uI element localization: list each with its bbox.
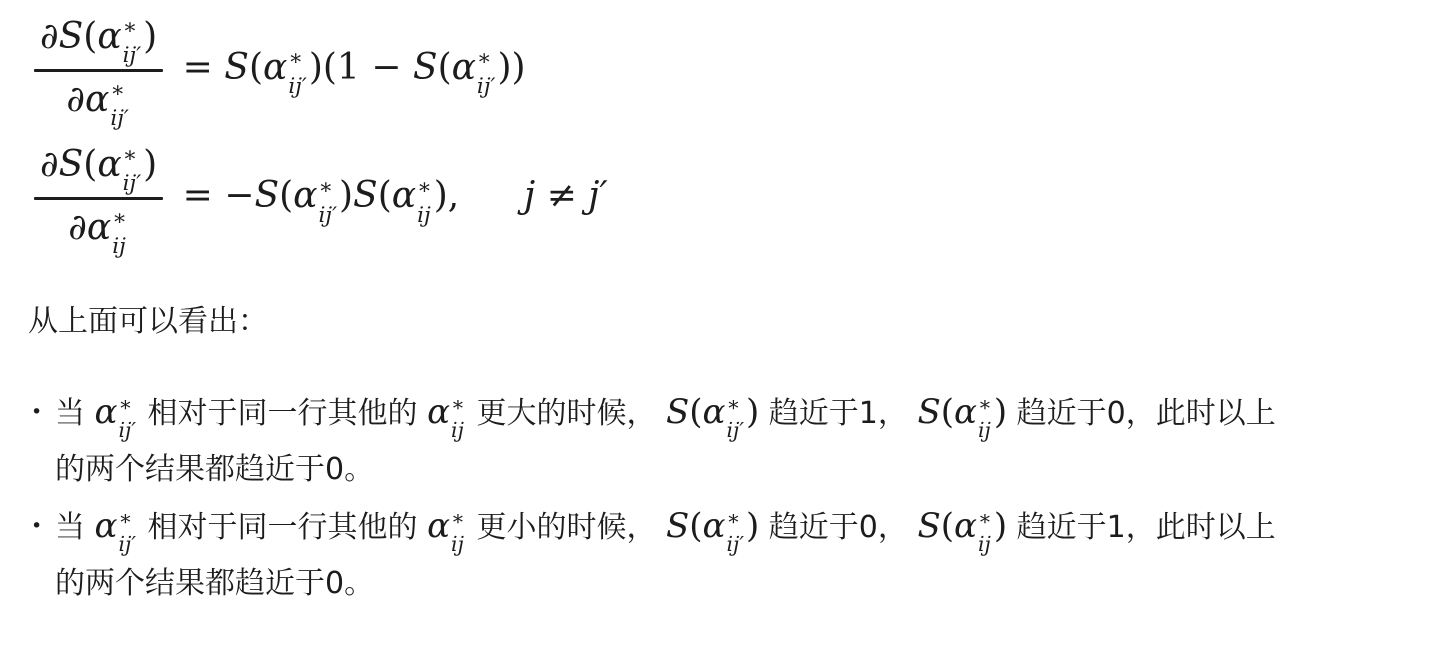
- math-text: ∂: [40, 144, 59, 185]
- text-run: 趋近于1，: [759, 396, 917, 431]
- math-text: S: [666, 506, 689, 546]
- math-text: α: [97, 16, 121, 57]
- math-text: (: [941, 392, 954, 432]
- subscript: ij′: [123, 45, 142, 67]
- math-text: α: [452, 47, 476, 88]
- sup-sub: ∗ij′: [110, 80, 129, 130]
- fraction-bar: [34, 69, 163, 72]
- sup-sub: ∗ij′: [119, 508, 136, 555]
- list-item: 当 α∗ij′ 相对于同一行其他的 α∗ij 更小的时候， S(α∗ij′) 趋…: [28, 498, 1410, 612]
- math-text: α: [95, 506, 118, 546]
- math-text: α: [954, 392, 977, 432]
- math-text: ): [746, 392, 759, 432]
- fraction-bar: [34, 197, 163, 200]
- subscript: ij′: [119, 420, 136, 440]
- superscript: ∗: [119, 394, 133, 414]
- fraction: ∂S(α∗ij′)∂α∗ij: [34, 142, 163, 254]
- superscript: ∗: [119, 508, 133, 528]
- sup-sub: ∗ij′: [288, 48, 307, 98]
- subscript: ij: [978, 420, 991, 440]
- subscript: ij: [417, 205, 431, 227]
- inline-math: S(α∗ij): [917, 506, 1007, 546]
- denominator: ∂α∗ij′: [60, 77, 136, 127]
- text-run: 趋近于0，: [759, 510, 917, 545]
- sup-sub: ∗ij′: [727, 394, 744, 441]
- math-text: α: [263, 47, 287, 88]
- math-text: ≠: [535, 175, 588, 216]
- text-run: 趋近于1，此时以上: [1007, 510, 1276, 545]
- math-text: j′: [588, 175, 607, 216]
- inline-math: S(α∗ij′): [666, 392, 759, 432]
- text-run: 的两个结果都趋近于0。: [55, 452, 374, 487]
- math-text: = −: [171, 175, 254, 216]
- math-text: (: [83, 144, 97, 185]
- superscript: ∗: [110, 80, 125, 102]
- inline-math: S(α∗ij′): [666, 506, 759, 546]
- math-text: )(: [309, 47, 337, 88]
- text-run: 的两个结果都趋近于0。: [55, 566, 374, 601]
- text-run: 更大的时候，: [467, 396, 666, 431]
- math-text: S: [224, 47, 249, 88]
- math-text: S: [353, 175, 378, 216]
- sup-sub: ∗ij: [417, 177, 432, 227]
- math-text: ): [994, 392, 1007, 432]
- math-text: ): [746, 506, 759, 546]
- superscript: ∗: [451, 508, 465, 528]
- denominator: ∂α∗ij: [62, 205, 135, 255]
- math-text: (: [83, 16, 97, 57]
- superscript: ∗: [451, 394, 465, 414]
- inline-math: S(α∗ij): [917, 392, 1007, 432]
- inline-math: α∗ij′: [95, 506, 138, 546]
- sup-sub: ∗ij: [978, 508, 992, 555]
- inline-math: α∗ij′: [95, 392, 138, 432]
- lead-in-text: 从上面可以看出：: [28, 303, 1410, 341]
- math-text: α: [85, 78, 109, 119]
- bullet-list: 当 α∗ij′ 相对于同一行其他的 α∗ij 更大的时候， S(α∗ij′) 趋…: [28, 384, 1410, 612]
- math-text: ∂: [66, 78, 85, 119]
- equation: ∂S(α∗ij′)∂α∗ij = −S(α∗ij′)S(α∗ij),j ≠ j′: [34, 142, 1410, 254]
- math-text: =: [171, 47, 224, 88]
- subscript: ij′: [727, 534, 744, 554]
- math-text: S: [254, 175, 279, 216]
- sup-sub: ∗ij′: [477, 48, 496, 98]
- inline-math: α∗ij: [427, 506, 467, 546]
- sup-sub: ∗ij′: [123, 145, 142, 195]
- superscript: ∗: [727, 394, 741, 414]
- math-text: (: [378, 175, 392, 216]
- sup-sub: ∗ij′: [119, 394, 136, 441]
- math-text: α: [703, 392, 726, 432]
- math-text: α: [703, 506, 726, 546]
- math-text: α: [427, 392, 450, 432]
- math-text: ): [143, 16, 157, 57]
- list-item: 当 α∗ij′ 相对于同一行其他的 α∗ij 更大的时候， S(α∗ij′) 趋…: [28, 384, 1410, 498]
- equation-block: ∂S(α∗ij′)∂α∗ij′ = S(α∗ij′)(1 − S(α∗ij′))…: [28, 14, 1410, 255]
- subscript: ij′: [477, 76, 496, 98]
- math-text: (: [249, 47, 263, 88]
- math-text: ∂: [68, 207, 87, 248]
- text-run: 相对于同一行其他的: [138, 510, 427, 545]
- superscript: ∗: [123, 145, 138, 167]
- math-text: S: [666, 392, 689, 432]
- text-run: 相对于同一行其他的: [138, 396, 427, 431]
- sup-sub: ∗ij′: [318, 177, 337, 227]
- numerator: ∂S(α∗ij′): [34, 14, 163, 64]
- inline-math: α∗ij: [427, 392, 467, 432]
- math-text: α: [954, 506, 977, 546]
- sup-sub: ∗ij′: [727, 508, 744, 555]
- sup-sub: ∗ij: [112, 208, 127, 258]
- math-text: α: [95, 392, 118, 432]
- math-text: ∂: [40, 16, 59, 57]
- math-text: ): [994, 506, 1007, 546]
- superscript: ∗: [978, 394, 992, 414]
- fraction: ∂S(α∗ij′)∂α∗ij′: [34, 14, 163, 126]
- text-run: 趋近于0，此时以上: [1007, 396, 1276, 431]
- subscript: ij: [978, 534, 991, 554]
- subscript: ij′: [727, 420, 744, 440]
- superscript: ∗: [318, 177, 333, 199]
- math-text: (: [689, 506, 702, 546]
- superscript: ∗: [727, 508, 741, 528]
- sup-sub: ∗ij: [451, 508, 465, 555]
- equation: ∂S(α∗ij′)∂α∗ij′ = S(α∗ij′)(1 − S(α∗ij′)): [34, 14, 1410, 126]
- math-text: S: [413, 47, 438, 88]
- math-text: α: [97, 144, 121, 185]
- sup-sub: ∗ij: [451, 394, 465, 441]
- sup-sub: ∗ij: [978, 394, 992, 441]
- math-text: ): [339, 175, 353, 216]
- superscript: ∗: [978, 508, 992, 528]
- subscript: ij′: [119, 534, 136, 554]
- superscript: ∗: [123, 17, 138, 39]
- math-text: ),: [434, 175, 460, 216]
- subscript: ij′: [110, 108, 129, 130]
- superscript: ∗: [112, 208, 127, 230]
- math-text: S: [59, 144, 84, 185]
- subscript: ij: [451, 420, 464, 440]
- subscript: ij: [451, 534, 464, 554]
- math-text: α: [427, 506, 450, 546]
- text-run: 更小的时候，: [467, 510, 666, 545]
- article-content: ∂S(α∗ij′)∂α∗ij′ = S(α∗ij′)(1 − S(α∗ij′))…: [28, 14, 1410, 612]
- superscript: ∗: [288, 48, 303, 70]
- math-text: S: [917, 392, 940, 432]
- math-text: S: [59, 16, 84, 57]
- math-text: S: [917, 506, 940, 546]
- math-text: ): [143, 144, 157, 185]
- subscript: ij: [112, 236, 126, 258]
- superscript: ∗: [477, 48, 492, 70]
- math-text: )): [497, 47, 525, 88]
- superscript: ∗: [417, 177, 432, 199]
- text-run: 当: [55, 396, 95, 431]
- math-text: α: [392, 175, 416, 216]
- math-text: α: [293, 175, 317, 216]
- math-text: 1 −: [337, 47, 413, 88]
- sup-sub: ∗ij′: [123, 17, 142, 67]
- page: { "page": { "background": "#ffffff", "te…: [0, 0, 1440, 650]
- text-run: 当: [55, 510, 95, 545]
- math-text: (: [941, 506, 954, 546]
- numerator: ∂S(α∗ij′): [34, 142, 163, 192]
- subscript: ij′: [288, 76, 307, 98]
- math-text: (: [438, 47, 452, 88]
- math-text: j: [524, 175, 535, 216]
- subscript: ij′: [123, 173, 142, 195]
- math-text: α: [87, 207, 111, 248]
- subscript: ij′: [318, 205, 337, 227]
- math-text: (: [689, 392, 702, 432]
- math-text: (: [279, 175, 293, 216]
